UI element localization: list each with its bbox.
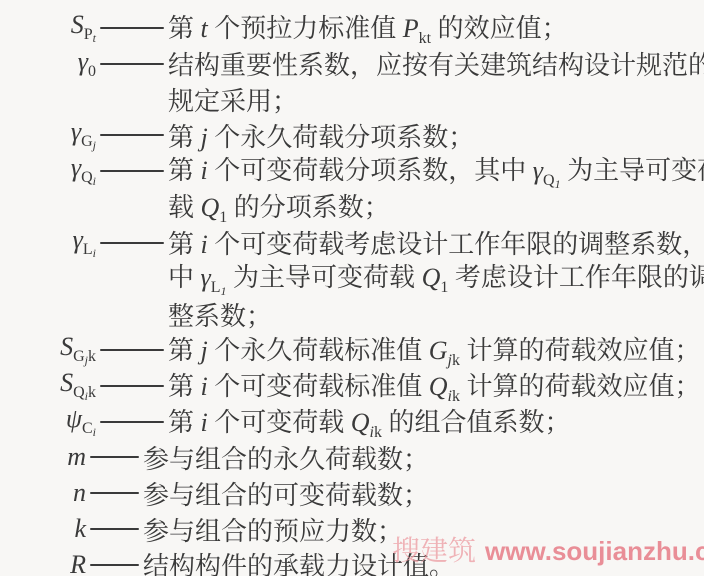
definition-dash: [86, 564, 143, 566]
symbol-label: γGj: [0, 117, 96, 153]
definition-row: γGj 第 j 个永久荷载分项系数；: [0, 117, 704, 153]
definition-row: ψCi 第 i 个可变荷载 Qik 的组合值系数；: [0, 404, 704, 440]
definition-text: 第 i 个可变荷载 Qik 的组合值系数；: [168, 402, 704, 442]
definition-dash: [96, 27, 168, 29]
definition-list: SPt 第 t 个预拉力标准值 Pkt 的效应值； γ0 结构重要性系数，应按有…: [0, 10, 704, 576]
definition-row: γQi 第 i 个可变荷载分项系数，其中 γQ1 为主导可变荷: [0, 153, 704, 189]
definition-row: k 参与组合的预应力数；: [0, 511, 704, 547]
symbol-label: SPt: [0, 10, 96, 46]
definition-text: 第 i 个可变荷载考虑设计工作年限的调整系数，其: [168, 224, 704, 261]
symbol-label: m: [0, 442, 86, 472]
definition-dash: [86, 492, 143, 494]
definition-row: 载 Q1 的分项系数；: [0, 189, 704, 225]
definition-dash: [96, 385, 168, 387]
symbol-label: n: [0, 478, 86, 508]
definition-row: 规定采用；: [0, 82, 704, 118]
definition-row: 整系数；: [0, 296, 704, 332]
definition-row: SQik 第 i 个可变荷载标准值 Qik 计算的荷载效应值；: [0, 368, 704, 404]
definition-text: 第 j 个永久荷载分项系数；: [168, 117, 704, 154]
definition-row: γLi 第 i 个可变荷载考虑设计工作年限的调整系数，其: [0, 225, 704, 261]
definition-text: 整系数；: [168, 296, 704, 333]
definition-text: 参与组合的可变荷载数；: [143, 475, 704, 512]
symbol-label: γ0: [0, 47, 96, 81]
symbol-label: SGjk: [0, 332, 96, 368]
definition-dash: [96, 134, 168, 136]
definition-row: SGjk 第 j 个永久荷载标准值 Gjk 计算的荷载效应值；: [0, 332, 704, 368]
definition-text: 载 Q1 的分项系数；: [168, 187, 704, 227]
definition-text: 结构构件的承载力设计值。: [143, 546, 704, 576]
symbol-label: γQi: [0, 153, 96, 189]
symbol-label: k: [0, 514, 86, 544]
definition-row: SPt 第 t 个预拉力标准值 Pkt 的效应值；: [0, 10, 704, 46]
definition-row: R 结构构件的承载力设计值。: [0, 547, 704, 576]
document-page: SPt 第 t 个预拉力标准值 Pkt 的效应值； γ0 结构重要性系数，应按有…: [0, 0, 704, 576]
definition-text: 第 t 个预拉力标准值 Pkt 的效应值；: [168, 8, 704, 48]
definition-row: 中 γL1 为主导可变荷载 Q1 考虑设计工作年限的调: [0, 261, 704, 297]
definition-text: 结构重要性系数，应按有关建筑结构设计规范的: [168, 45, 704, 82]
definition-text: 第 j 个永久荷载标准值 Gjk 计算的荷载效应值；: [168, 330, 704, 370]
definition-dash: [96, 170, 168, 172]
definition-text: 第 i 个可变荷载标准值 Qik 计算的荷载效应值；: [168, 366, 704, 406]
symbol-label: γLi: [0, 225, 96, 261]
symbol-label: R: [0, 550, 86, 576]
definition-text: 第 i 个可变荷载分项系数，其中 γQ1 为主导可变荷: [168, 150, 704, 192]
definition-row: n 参与组合的可变荷载数；: [0, 475, 704, 511]
definition-dash: [96, 349, 168, 351]
definition-text: 参与组合的永久荷载数；: [143, 439, 704, 476]
definition-row: m 参与组合的永久荷载数；: [0, 440, 704, 476]
definition-dash: [96, 63, 168, 65]
definition-dash: [86, 456, 143, 458]
definition-dash: [96, 242, 168, 244]
symbol-label: ψCi: [0, 404, 96, 440]
definition-dash: [96, 421, 168, 423]
symbol-label: SQik: [0, 368, 96, 404]
definition-text: 中 γL1 为主导可变荷载 Q1 考虑设计工作年限的调: [168, 257, 704, 299]
definition-row: γ0 结构重要性系数，应按有关建筑结构设计规范的: [0, 46, 704, 82]
definition-text: 规定采用；: [168, 81, 704, 118]
definition-text: 参与组合的预应力数；: [143, 511, 704, 548]
definition-dash: [86, 528, 143, 530]
